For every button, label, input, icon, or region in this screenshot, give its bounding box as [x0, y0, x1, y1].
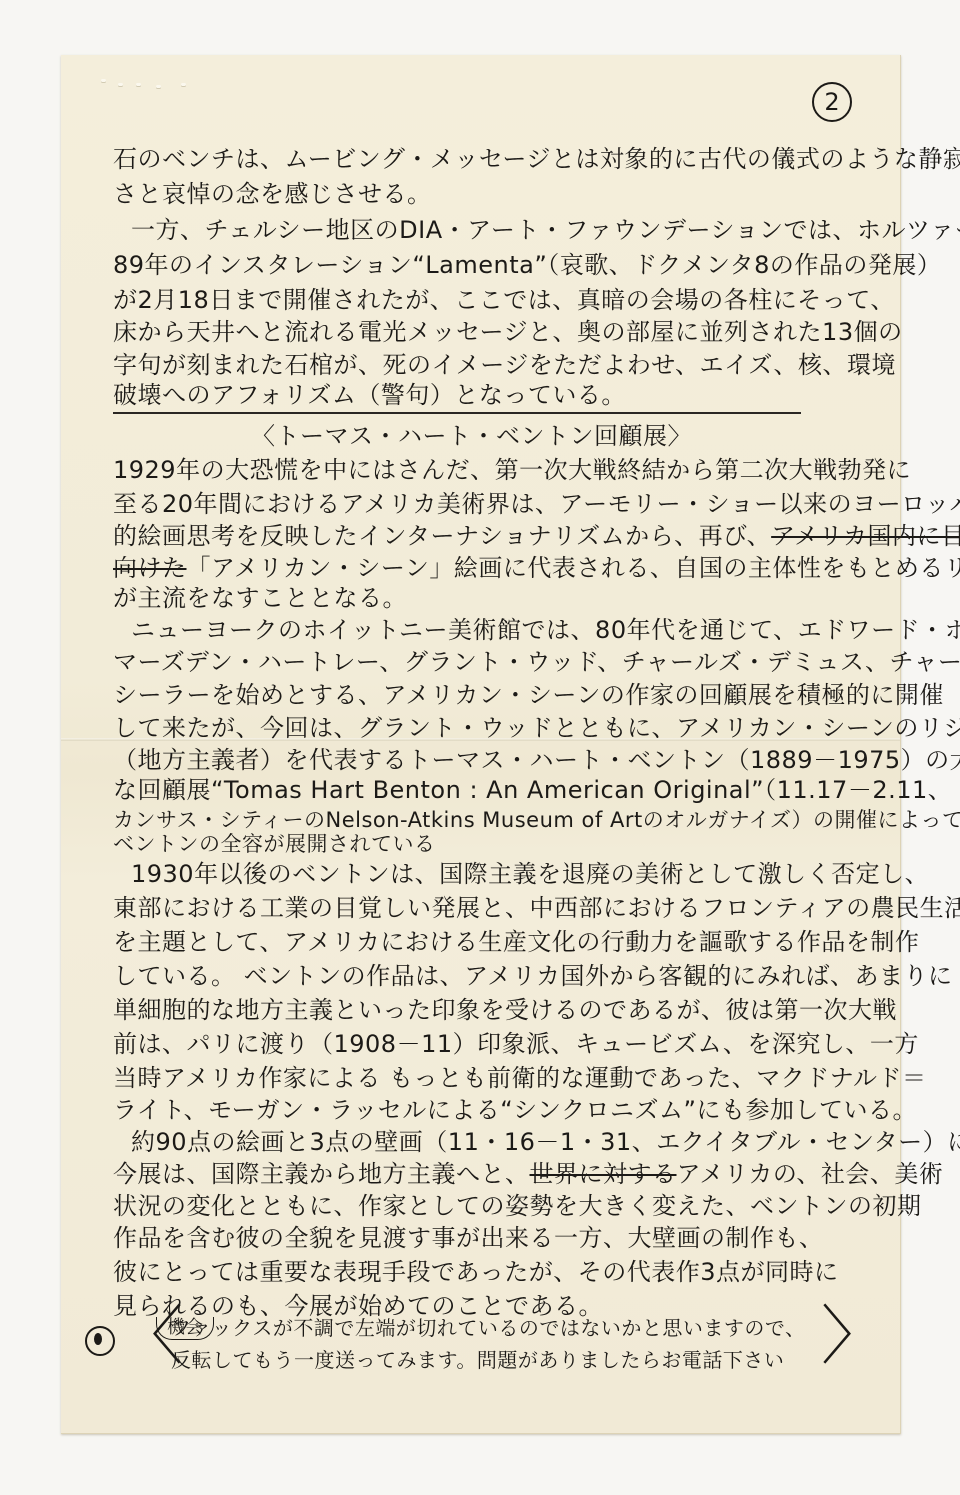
text-line: な回顧展“Tomas Hart Benton : An American Ori…: [113, 775, 952, 805]
text-line: 今展は、国際主義から地方主義へと、世界に対するアメリカの、社会、美術: [113, 1159, 943, 1189]
text-line: している。 ベントンの作品は、アメリカ国外から客観的にみれば、あまりに: [113, 961, 952, 991]
text-line: ベントンの全容が展開されている: [113, 829, 436, 859]
text-line: 89年のインスタレーション“Lamenta”（哀歌、ドクメンタ8の作品の発展）: [113, 250, 941, 280]
text-line: 状況の変化とともに、作家としての姿勢を大きく変えた、ベントンの初期: [113, 1191, 922, 1221]
bullet-circle-icon: [85, 1326, 115, 1356]
text-line: 東部における工業の目覚しい発展と、中西部におけるフロンティアの農民生活: [113, 893, 960, 923]
fax-note-line: 反転してもう一度送ってみます。問題がありましたらお電話下さい: [171, 1345, 784, 1375]
text-line: 至る20年間におけるアメリカ美術界は、アーモリー・ショー以来のヨーロッパの前衛: [113, 489, 960, 519]
page-number-circled: 2: [812, 82, 852, 122]
text-line: 1930年以後のベントンは、国際主義を退廃の美術として激しく否定し、: [131, 859, 929, 889]
text-line: シーラーを始めとする、アメリカン・シーンの作家の回顧展を積極的に開催: [113, 680, 944, 710]
struck-text: 世界に対する: [530, 1160, 677, 1188]
text-line: マーズデン・ハートレー、グラント・ウッド、チャールズ・デミュス、チャールズ・: [113, 647, 960, 677]
text-line: が2月18日まで開催されたが、ここでは、真暗の会場の各柱にそって、: [113, 285, 895, 315]
text-line: 前は、パリに渡り（1908－11）印象派、キュービズム、を深究し、一方: [113, 1029, 919, 1059]
section-heading: 〈トーマス・ハート・ベントン回顧展〉: [251, 421, 692, 451]
text-line: 当時アメリカ作家による もっとも前衛的な運動であった、マクドナルド＝: [113, 1063, 927, 1093]
text-line: 彼にとっては重要な表現手段であったが、その代表作3点が同時に: [113, 1257, 839, 1287]
text-line: 単細胞的な地方主義といった印象を受けるのであるが、彼は第一次大戦: [113, 995, 897, 1025]
text-segment: アメリカの、社会、美術: [677, 1160, 944, 1188]
text-line: さと哀悼の念を感じさせる。: [113, 179, 432, 209]
text-line: を主題として、アメリカにおける生産文化の行動力を謳歌する作品を制作: [113, 927, 919, 957]
text-line: （地方主義者）を代表するトーマス・ハート・ベントン（1889－1975）の大規模: [113, 745, 960, 775]
handwritten-manuscript-page: 2 石のベンチは、ムービング・メッセージとは対象的に古代の儀式のような静寂 さと…: [61, 55, 901, 1434]
text-line: ライト、モーガン・ラッセルによる“シンクロニズム”にも参加している。: [113, 1095, 917, 1125]
text-line: 作品を含む彼の全貌を見渡す事が出来る一方、大壁画の制作も、: [113, 1223, 824, 1253]
text-line: が主流をなすこととなる。: [113, 583, 407, 613]
text-line: 字句が刻まれた石棺が、死のイメージをただよわせ、エイズ、核、環境: [113, 350, 896, 380]
text-segment: 今展は、国際主義から地方主義へと、: [113, 1160, 530, 1188]
right-angle-bracket: 〉: [821, 1305, 885, 1369]
text-line: 石のベンチは、ムービング・メッセージとは対象的に古代の儀式のような静寂: [113, 144, 960, 174]
text-line: ニューヨークのホイットニー美術館では、80年代を通じて、エドワード・ホッパー、: [131, 615, 960, 645]
fax-note-line: ファックスが不調で左端が切れているのではないかと思いますので、: [171, 1313, 806, 1343]
text-line: 向けた「アメリカン・シーン」絵画に代表される、自国の主体性をもとめるリアリズム: [113, 553, 960, 583]
text-line: 1929年の大恐慌を中にはさんだ、第一次大戦終結から第二次大戦勃発に: [113, 455, 911, 485]
text-line: 床から天井へと流れる電光メッセージと、奥の部屋に並列された13個の: [113, 317, 903, 347]
text-line: 約90点の絵画と3点の壁画（11・16－1・31、エクイタブル・センター）による: [131, 1127, 960, 1157]
text-segment: 的絵画思考を反映したインターナショナリズムから、再び、: [113, 522, 771, 550]
section-divider-line: [113, 412, 801, 414]
text-segment: 「アメリカン・シーン」絵画に代表される、自国の主体性をもとめるリアリズム: [187, 554, 960, 582]
text-line: 破壊へのアフォリズム（警句）となっている。: [113, 380, 626, 410]
staple-holes: [81, 65, 231, 95]
text-line: して来たが、今回は、グラント・ウッドとともに、アメリカン・シーンのリジョナリスト: [113, 713, 960, 743]
struck-text: アメリカ国内に目を: [771, 522, 960, 550]
struck-text: 向けた: [113, 554, 187, 582]
text-line: 一方、チェルシー地区のDIA・アート・ファウンデーションでは、ホルツァーの: [131, 215, 960, 245]
text-line: 的絵画思考を反映したインターナショナリズムから、再び、アメリカ国内に目を: [113, 521, 960, 551]
